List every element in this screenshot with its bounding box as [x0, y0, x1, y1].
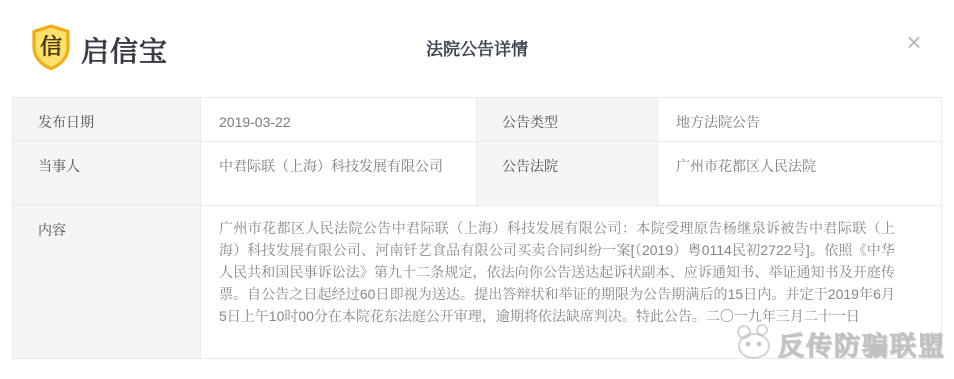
- close-icon[interactable]: ×: [900, 28, 928, 56]
- party-label: 当事人: [13, 142, 201, 206]
- dialog-header: 信 启信宝 法院公告详情 ×: [0, 0, 954, 92]
- announcement-type-value: 地方法院公告: [658, 98, 941, 142]
- page-title: 法院公告详情: [0, 35, 954, 60]
- court-label: 公告法院: [477, 142, 658, 206]
- content-value: 广州市花都区人民法院公告中君际联（上海）科技发展有限公司：本院受理原告杨继泉诉被…: [201, 206, 941, 358]
- party-value: 中君际联（上海）科技发展有限公司: [201, 142, 477, 206]
- court-value: 广州市花都区人民法院: [658, 142, 941, 206]
- publish-date-value: 2019-03-22: [201, 98, 477, 142]
- court-announcement-dialog: 信 启信宝 法院公告详情 × 发布日期 2019-03-22 公告类型 地方法院…: [0, 0, 954, 379]
- announcement-type-label: 公告类型: [477, 98, 658, 142]
- content-label: 内容: [13, 206, 201, 358]
- announcement-detail-table: 发布日期 2019-03-22 公告类型 地方法院公告 当事人 中君际联（上海）…: [12, 97, 942, 359]
- publish-date-label: 发布日期: [13, 98, 201, 142]
